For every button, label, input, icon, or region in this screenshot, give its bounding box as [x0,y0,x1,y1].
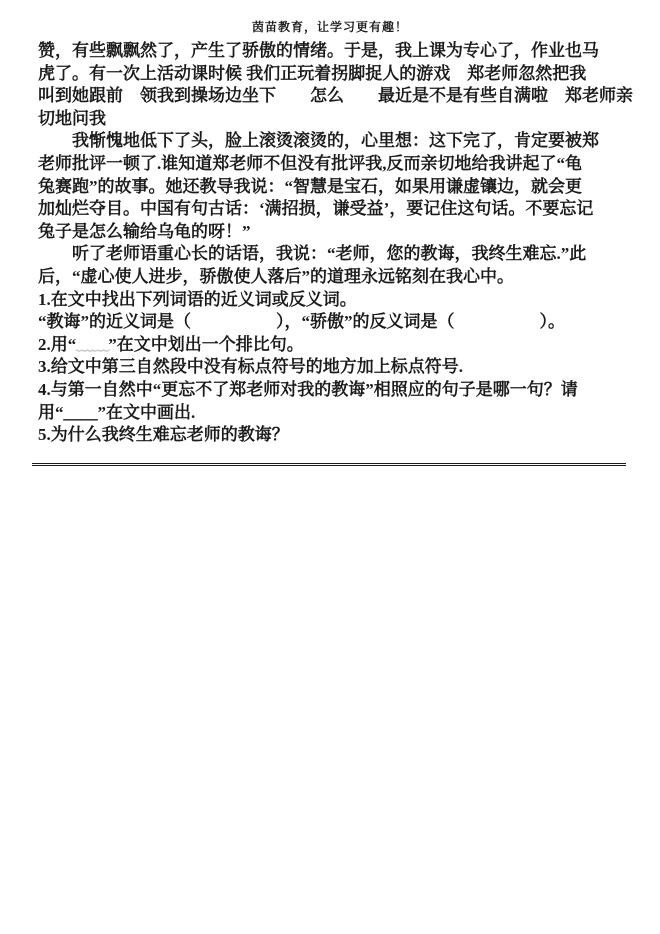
passage-line: 我惭愧地低下了头，脸上滚烫滚烫的，心里想：这下完了，肯定要被郑 [38,130,630,153]
worksheet-content: 赞，有些飘飘然了，产生了骄傲的情绪。于是，我上课为专心了，作业也马 虎了。有一次… [38,40,630,447]
question-5-label: 5.为什么我终生难忘老师的教诲？ [38,424,630,447]
worksheet-page: 茵苗教育，让学习更有趣！ 赞，有些飘飘然了，产生了骄傲的情绪。于是，我上课为专心… [0,0,660,934]
question-2-suffix: ”在文中划出一个排比句。 [108,335,304,354]
question-2-prefix: 2.用“ [38,335,76,354]
section-divider-line [32,463,626,466]
question-3-label: 3.给文中第三自然段中没有标点符号的地方加上标点符号. [38,356,630,379]
wavy-underline-mark: ﹏﹏ [76,335,108,354]
site-header-title: 茵苗教育，让学习更有趣！ [0,18,660,35]
question-4-label: 4.与第一自然中“更忘不了郑老师对我的教诲”相照应的句子是哪一句？请 [38,379,630,402]
passage-line: 老师批评一顿了.谁知道郑老师不但没有批评我,反而亲切地给我讲起了“龟 [38,153,630,176]
passage-line: 兔赛跑”的故事。她还教导我说：“智慧是宝石，如果用谦虚镶边，就会更 [38,176,630,199]
question-2-label: 2.用“﹏﹏”在文中划出一个排比句。 [38,334,630,357]
passage-line: 切地问我 [38,108,630,131]
passage-line: 兔子是怎么输给乌龟的呀！” [38,221,630,244]
passage-line: 加灿烂夺目。中国有句古话：‘满招损，谦受益’，要记住这句话。不要忘记 [38,198,630,221]
passage-line: 赞，有些飘飘然了，产生了骄傲的情绪。于是，我上课为专心了，作业也马 [38,40,630,63]
passage-line: 叫到她跟前 领我到操场边坐下 怎么 最近是不是有些自满啦 郑老师亲 [38,85,630,108]
passage-line: 虎了。有一次上活动课时候 我们正玩着拐脚捉人的游戏 郑老师忽然把我 [38,63,630,86]
question-1-blanks: “教诲”的近义词是（ ），“骄傲”的反义词是（ ）。 [38,311,630,334]
passage-line: 听了老师语重心长的话语，我说：“老师，您的教诲，我终生难忘.”此 [38,243,630,266]
passage-line: 后，“虚心使人进步，骄傲使人落后”的道理永远铭刻在我心中。 [38,266,630,289]
question-4-continuation: 用“＿＿”在文中画出. [38,402,630,425]
question-1-label: 1.在文中找出下列词语的近义词或反义词。 [38,289,630,312]
